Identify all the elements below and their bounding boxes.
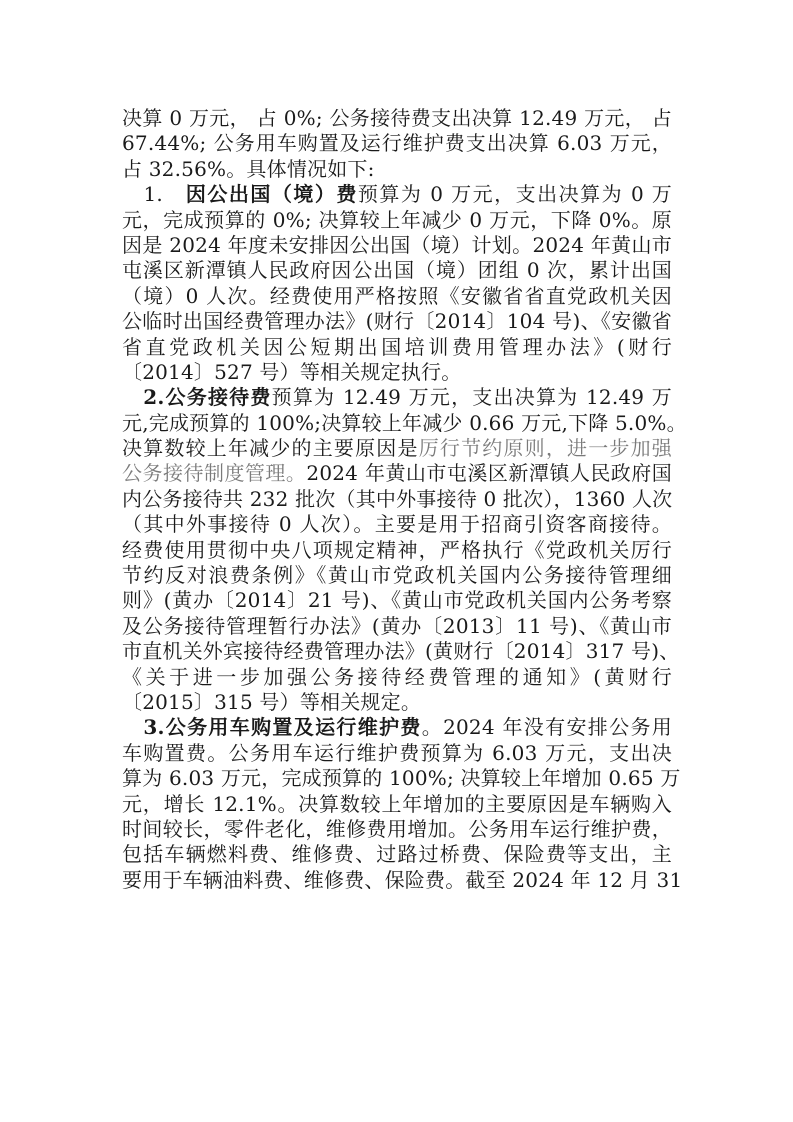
text-line: 因是 2024 年度未安排因公出国（境）计划。2024 年黄山市	[122, 233, 672, 258]
text-run: 则》(黄办〔2014〕21 号)、《黄山市党政机关国内公务考察	[122, 588, 672, 612]
section-heading: 3.公务用车购置及运行维护费	[143, 715, 421, 739]
text-line: 包括车辆燃料费、维修费、过路过桥费、保险费等支出，主	[122, 842, 672, 867]
text-run: 决算数较上年减少的主要原因是	[122, 436, 419, 460]
text-run: 要用于车辆油料费、维修费、保险费。截至 2024 年 12 月 31	[122, 868, 682, 892]
text-line: 省直党政机关因公短期出国培训费用管理办法》(财行	[122, 335, 672, 360]
text-run: 元，完成预算的 0%; 决算较上年减少 0 万元，下降 0%。原	[122, 208, 672, 232]
text-line: 市直机关外宾接待经费管理办法》(黄财行〔2014〕317 号)、	[122, 639, 672, 664]
text-line: 内公务接待共 232 批次（其中外事接待 0 批次），1360 人次	[122, 487, 672, 512]
text-run: 节约反对浪费条例》《黄山市党政机关国内公务接待管理细	[122, 563, 672, 587]
text-run: 67.44%; 公务用车购置及运行维护费支出决算 6.03 万元，	[122, 131, 672, 155]
text-line: 公临时出国经费管理办法》(财行〔2014〕104 号)、《安徽省	[122, 309, 672, 334]
document-page: 决算 0 万元， 占 0%; 公务接待费支出决算 12.49 万元， 占67.4…	[0, 0, 793, 1122]
text-line: 及公务接待管理暂行办法》(黄办〔2013〕11 号)、《黄山市	[122, 614, 672, 639]
text-line: 要用于车辆油料费、维修费、保险费。截至 2024 年 12 月 31	[122, 868, 672, 893]
text-line: 公务接待制度管理。2024 年黄山市屯溪区新潭镇人民政府国	[122, 461, 672, 486]
text-run: 1.	[122, 182, 186, 206]
text-run: （境）0 人次。经费使用严格按照《安徽省省直党政机关因	[122, 284, 672, 308]
section-heading: 因公出国（境）费	[186, 182, 358, 206]
text-line: 车购置费。公务用车运行维护费预算为 6.03 万元，支出决	[122, 741, 672, 766]
text-run: 经费使用贯彻中央八项规定精神，严格执行《党政机关厉行	[122, 538, 672, 562]
text-run: 《关于进一步加强公务接待经费管理的通知》(黄财行	[122, 665, 672, 689]
text-run: 〔2014〕527 号）等相关规定执行。	[122, 360, 461, 384]
text-line: 经费使用贯彻中央八项规定精神，严格执行《党政机关厉行	[122, 538, 672, 563]
text-run: 省直党政机关因公短期出国培训费用管理办法》(财行	[122, 335, 672, 359]
text-line: 占 32.56%。具体情况如下:	[122, 157, 672, 182]
text-run: 2024 年黄山市屯溪区新潭镇人民政府国	[306, 461, 672, 485]
text-run: 决算 0 万元， 占 0%; 公务接待费支出决算 12.49 万元， 占	[122, 106, 672, 130]
text-run: 公务接待制度管理。	[122, 461, 306, 485]
text-run: 因是 2024 年度未安排因公出国（境）计划。2024 年黄山市	[122, 233, 672, 257]
text-line: 67.44%; 公务用车购置及运行维护费支出决算 6.03 万元，	[122, 131, 672, 156]
body-text: 决算 0 万元， 占 0%; 公务接待费支出决算 12.49 万元， 占67.4…	[122, 106, 672, 893]
text-line: 时间较长，零件老化，维修费用增加。公务用车运行维护费，	[122, 817, 672, 842]
text-line: 元，增长 12.1%。决算数较上年增加的主要原因是车辆购入	[122, 792, 672, 817]
text-line: 1. 因公出国（境）费预算为 0 万元，支出决算为 0 万	[122, 182, 672, 207]
text-line: 则》(黄办〔2014〕21 号)、《黄山市党政机关国内公务考察	[122, 588, 672, 613]
text-run: 元，增长 12.1%。决算数较上年增加的主要原因是车辆购入	[122, 792, 672, 816]
text-run: 内公务接待共 232 批次（其中外事接待 0 批次），1360 人次	[122, 487, 672, 511]
text-run: 。2024 年没有安排公务用	[422, 715, 672, 739]
text-run: 包括车辆燃料费、维修费、过路过桥费、保险费等支出，主	[122, 842, 672, 866]
text-run: 时间较长，零件老化，维修费用增加。公务用车运行维护费，	[122, 817, 672, 841]
text-line: 3.公务用车购置及运行维护费。2024 年没有安排公务用	[122, 715, 672, 740]
text-run: 算为 6.03 万元，完成预算的 100%; 决算较上年增加 0.65 万	[122, 766, 681, 790]
text-line: 《关于进一步加强公务接待经费管理的通知》(黄财行	[122, 665, 672, 690]
text-line: （其中外事接待 0 人次）。主要是用于招商引资客商接待。	[122, 512, 672, 537]
section-heading: 2.公务接待费	[143, 385, 271, 409]
text-line: 节约反对浪费条例》《黄山市党政机关国内公务接待管理细	[122, 563, 672, 588]
text-run: 及公务接待管理暂行办法》(黄办〔2013〕11 号)、《黄山市	[122, 614, 672, 638]
text-line: （境）0 人次。经费使用严格按照《安徽省省直党政机关因	[122, 284, 672, 309]
text-line: 决算 0 万元， 占 0%; 公务接待费支出决算 12.49 万元， 占	[122, 106, 672, 131]
text-line: 决算数较上年减少的主要原因是厉行节约原则，进一步加强	[122, 436, 672, 461]
text-run: 厉行节约原则，进一步加强	[419, 436, 672, 460]
text-run: 预算为 0 万元，支出决算为 0 万	[358, 182, 672, 206]
text-line: 〔2014〕527 号）等相关规定执行。	[122, 360, 672, 385]
text-run: 元,完成预算的 100%;决算较上年减少 0.66 万元,下降 5.0%。	[122, 411, 687, 435]
text-line: 〔2015〕315 号）等相关规定。	[122, 690, 672, 715]
text-line: 元,完成预算的 100%;决算较上年减少 0.66 万元,下降 5.0%。	[122, 411, 672, 436]
text-run: 公临时出国经费管理办法》(财行〔2014〕104 号)、《安徽省	[122, 309, 672, 333]
text-run	[122, 385, 143, 409]
text-run: 屯溪区新潭镇人民政府因公出国（境）团组 0 次，累计出国	[122, 258, 672, 282]
text-run: 预算为 12.49 万元，支出决算为 12.49 万	[272, 385, 672, 409]
text-line: 屯溪区新潭镇人民政府因公出国（境）团组 0 次，累计出国	[122, 258, 672, 283]
text-line: 算为 6.03 万元，完成预算的 100%; 决算较上年增加 0.65 万	[122, 766, 672, 791]
text-run	[122, 715, 143, 739]
text-line: 2.公务接待费预算为 12.49 万元，支出决算为 12.49 万	[122, 385, 672, 410]
text-run: 占 32.56%。具体情况如下:	[122, 157, 375, 181]
text-run: （其中外事接待 0 人次）。主要是用于招商引资客商接待。	[122, 512, 672, 536]
text-run: 市直机关外宾接待经费管理办法》(黄财行〔2014〕317 号)、	[122, 639, 679, 663]
text-run: 〔2015〕315 号）等相关规定。	[122, 690, 421, 714]
text-run: 车购置费。公务用车运行维护费预算为 6.03 万元，支出决	[122, 741, 672, 765]
text-line: 元，完成预算的 0%; 决算较上年减少 0 万元，下降 0%。原	[122, 208, 672, 233]
